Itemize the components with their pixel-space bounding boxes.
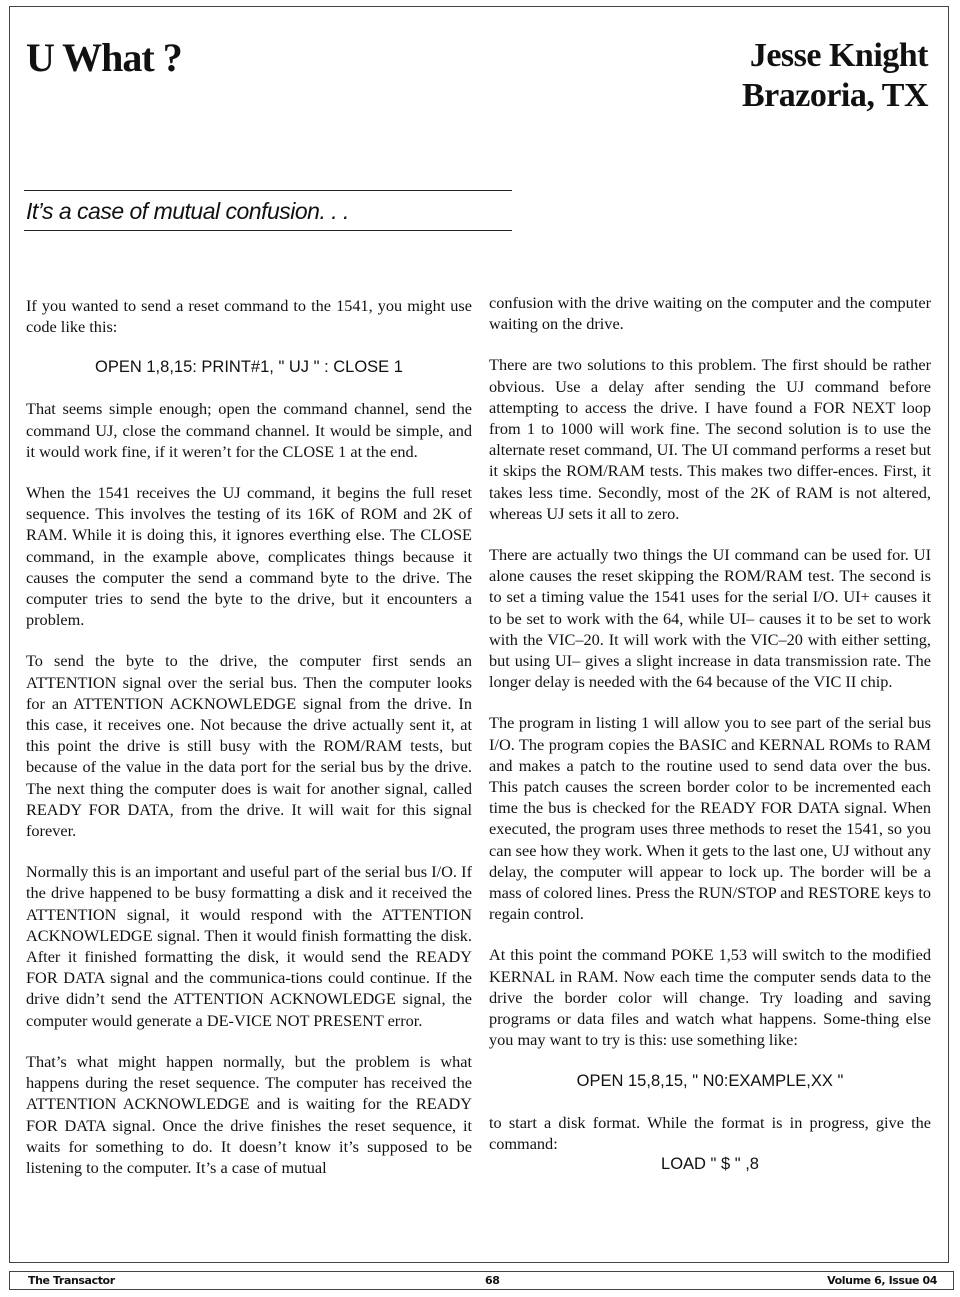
paragraph: Normally this is an important and useful… — [26, 861, 472, 1031]
paragraph: There are two solutions to this problem.… — [489, 354, 931, 524]
author-name: Jesse Knight — [742, 36, 928, 76]
paragraph: At this point the command POKE 1,53 will… — [489, 944, 931, 1050]
paragraph: There are actually two things the UI com… — [489, 544, 931, 692]
article-subtitle: It’s a case of mutual confusion. . . — [26, 197, 512, 225]
paragraph: To send the byte to the drive, the compu… — [26, 650, 472, 841]
code-snippet: LOAD " $ " ,8 — [489, 1154, 931, 1175]
right-column: confusion with the drive waiting on the … — [489, 292, 931, 1195]
code-snippet: OPEN 1,8,15: PRINT#1, " UJ " : CLOSE 1 — [26, 357, 472, 378]
publication-name: The Transactor — [28, 1273, 115, 1289]
author-block: Jesse Knight Brazoria, TX — [742, 36, 928, 116]
left-column: If you wanted to send a reset command to… — [26, 295, 472, 1198]
paragraph: The program in listing 1 will allow you … — [489, 712, 931, 924]
page-footer: The Transactor 68 Volume 6, Issue 04 — [9, 1271, 954, 1290]
paragraph: to start a disk format. While the format… — [489, 1112, 931, 1154]
code-snippet: OPEN 15,8,15, " N0:EXAMPLE,XX " — [489, 1071, 931, 1092]
paragraph: confusion with the drive waiting on the … — [489, 292, 931, 334]
paragraph: If you wanted to send a reset command to… — [26, 295, 472, 337]
subtitle-rule-box: It’s a case of mutual confusion. . . — [24, 190, 512, 231]
page-number: 68 — [485, 1273, 500, 1289]
paragraph: That’s what might happen normally, but t… — [26, 1051, 472, 1178]
paragraph: When the 1541 receives the UJ command, i… — [26, 482, 472, 630]
issue-label: Volume 6, Issue 04 — [827, 1273, 937, 1289]
author-location: Brazoria, TX — [742, 76, 928, 116]
article-title: U What ? — [26, 36, 182, 80]
paragraph: That seems simple enough; open the comma… — [26, 398, 472, 462]
